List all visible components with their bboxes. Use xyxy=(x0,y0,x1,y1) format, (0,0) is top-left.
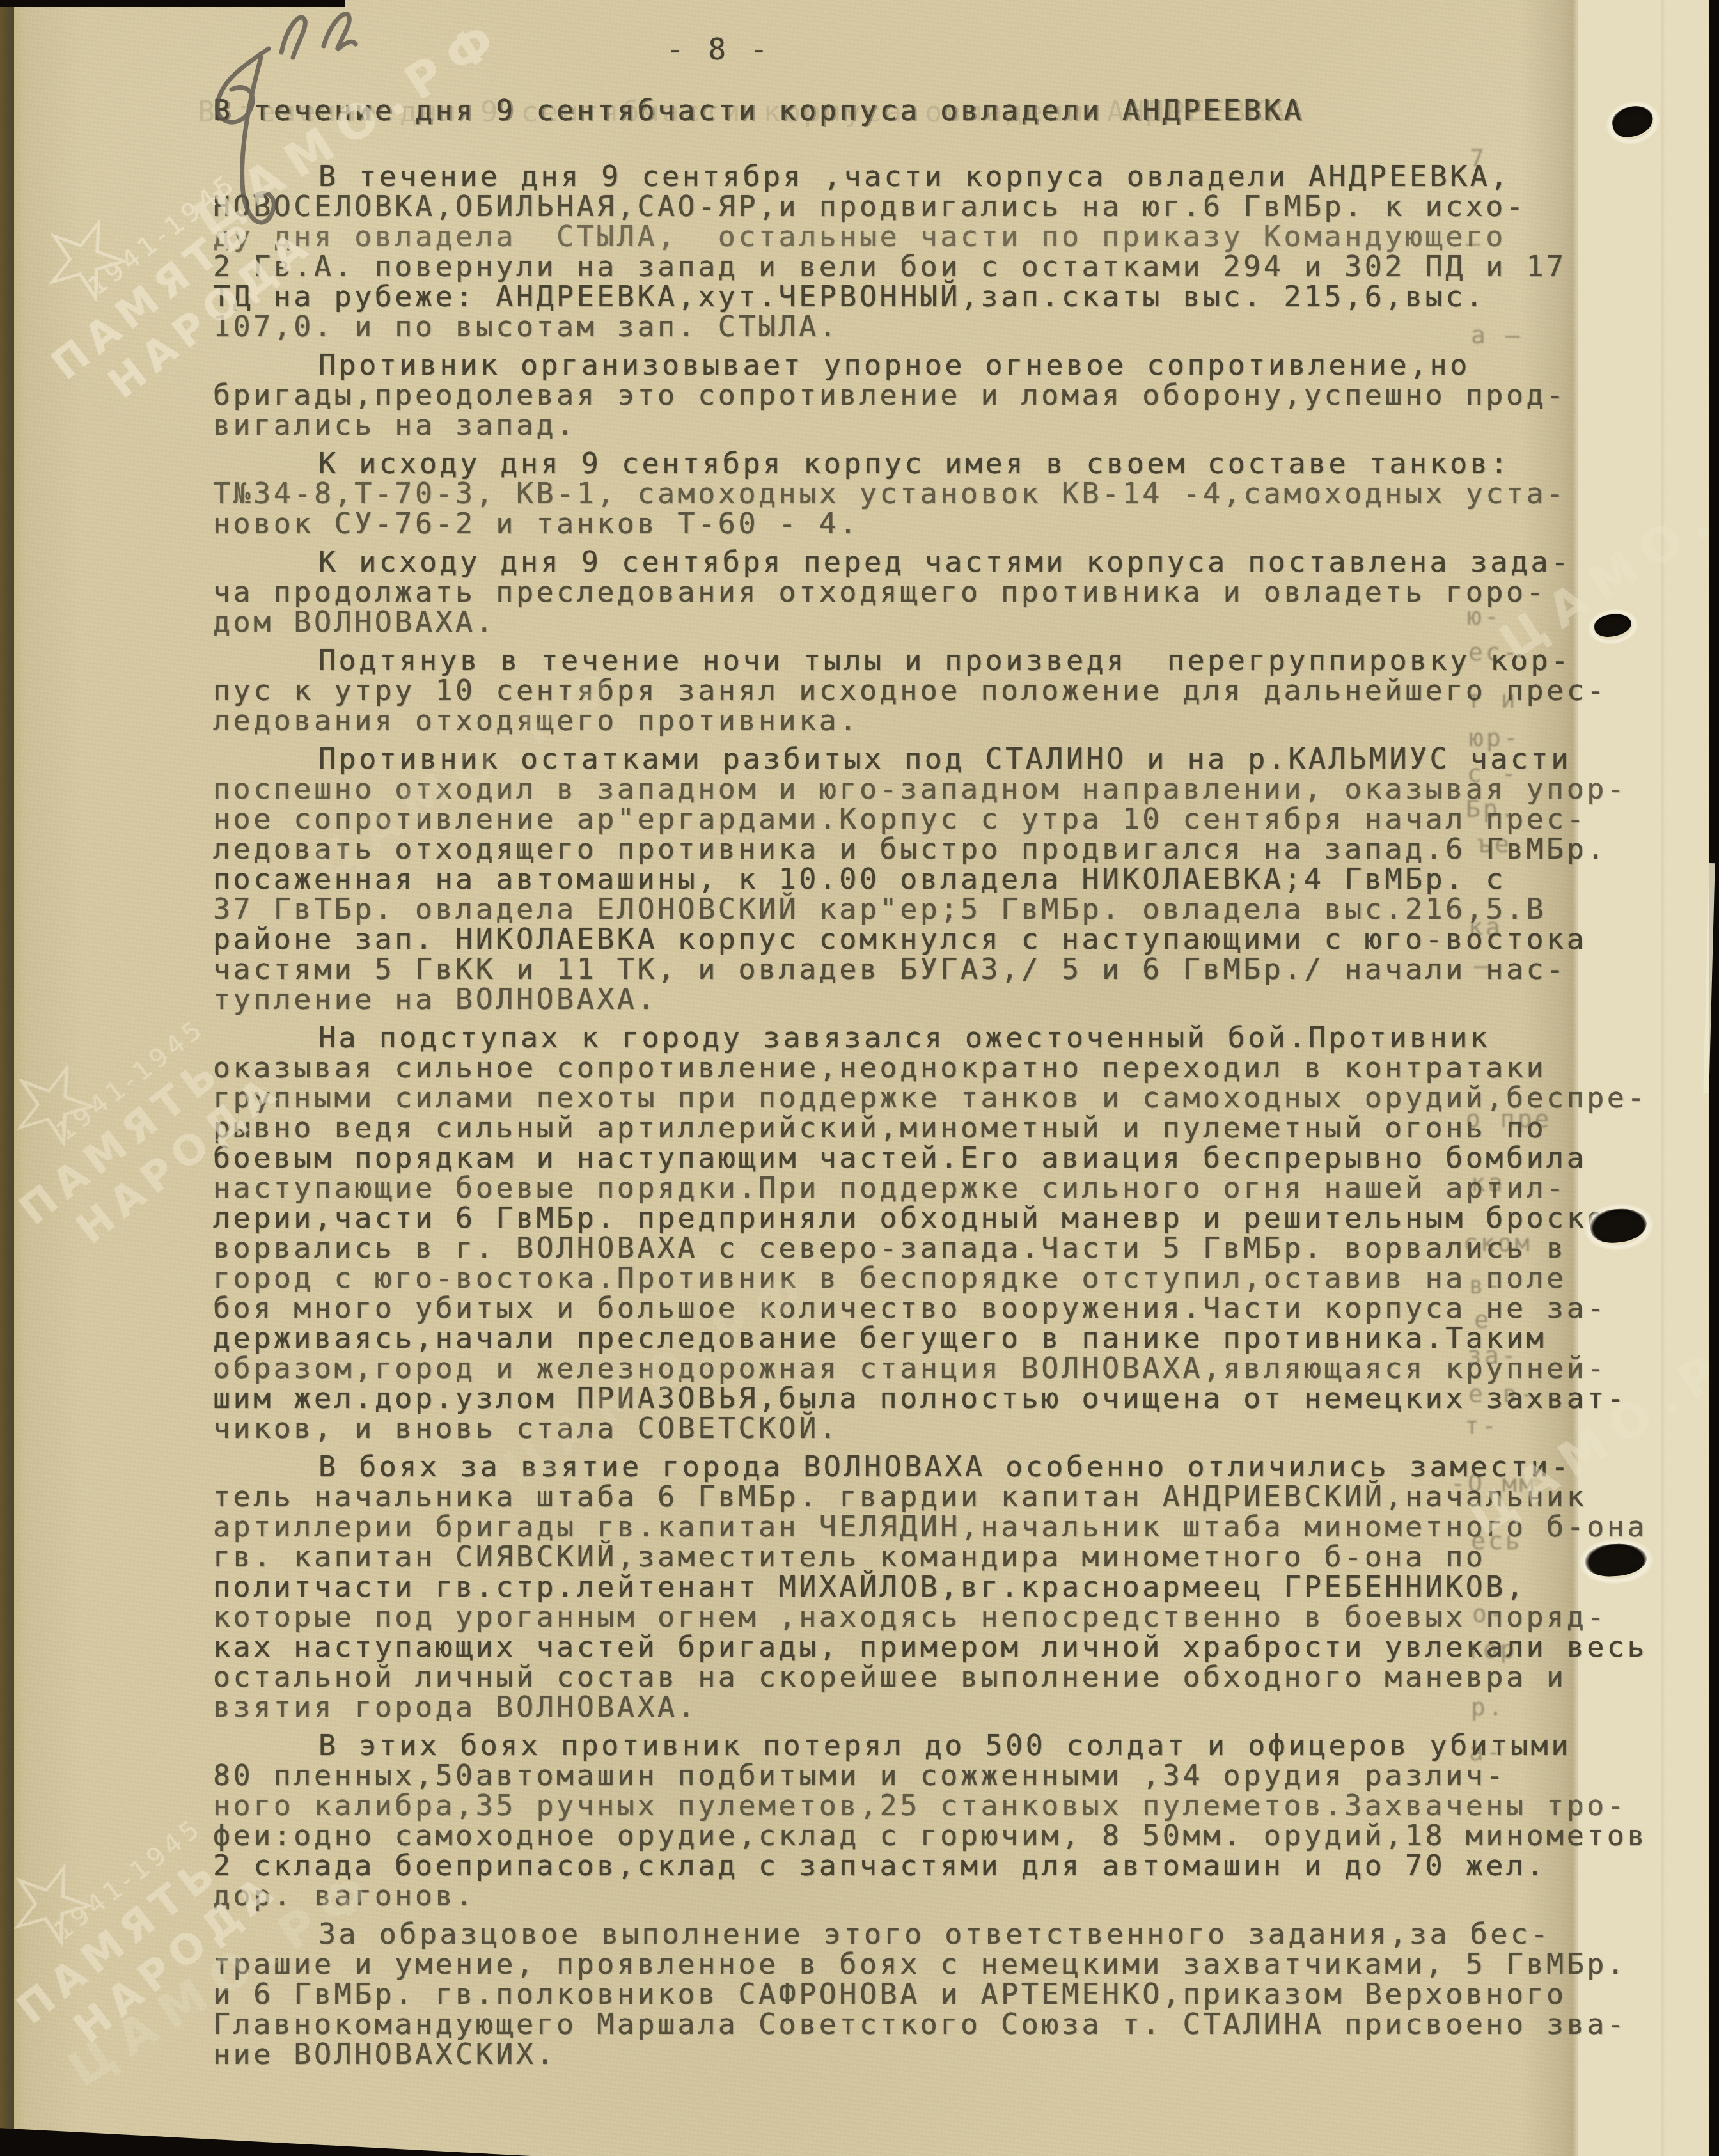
text-line: 107,0. и по высотам зап. СТЫЛА. xyxy=(213,311,1575,341)
text-line: Противник организовывает упорное огневое… xyxy=(213,350,1575,380)
text-line: гв. капитан СИЯВСКИЙ,заместитель команди… xyxy=(213,1542,1575,1572)
text-line: оказывая сильное сопротивление,неоднокра… xyxy=(213,1052,1575,1082)
scan-edge-right xyxy=(1709,0,1719,2156)
text-line: феи:одно самоходное орудие,склад с горюч… xyxy=(213,1820,1575,1850)
text-line: 37 ГвТБр. овладела ЕЛОНОВСКИЙ кар"ер;5 Г… xyxy=(213,894,1575,924)
handwritten-mark xyxy=(184,5,478,274)
text-line: К исходу дня 9 сентября перед частями ко… xyxy=(213,547,1575,577)
text-line: групными силами пехоты при поддержке тан… xyxy=(213,1082,1575,1113)
text-line: поспешно отходил в западном и юго-западн… xyxy=(213,774,1575,804)
punch-hole xyxy=(1585,1543,1647,1578)
text-line: образом,город и железнодорожная станция … xyxy=(213,1353,1575,1383)
text-line: В боях за взятие города ВОЛНОВАХА особен… xyxy=(213,1451,1575,1481)
text-line: политчасти гв.стр.лейтенант МИХАЙЛОВ,вг.… xyxy=(213,1572,1575,1602)
punch-hole xyxy=(1593,612,1633,639)
text-line: артиллерии бригады гв.капитан ЧЕЛЯДИН,на… xyxy=(213,1512,1575,1542)
text-line: Подтянув в течение ночи тылы и произведя… xyxy=(213,645,1575,675)
paragraph: Противник организовывает упорное огневое… xyxy=(213,350,1575,440)
paragraph: За образцовое выполнение этого ответстве… xyxy=(213,1919,1575,2069)
text-line: ное сопротивление ар"ергардами.Корпус с … xyxy=(213,804,1575,834)
text-line: дом ВОЛНОВАХА. xyxy=(213,607,1575,637)
text-line: держиваясь,начали преследование бегущего… xyxy=(213,1323,1575,1353)
text-block: В течение дня 9 сентября ,части корпуса … xyxy=(213,161,1575,2069)
paragraph: В этих боях противник потерял до 500 сол… xyxy=(213,1730,1575,1910)
text-line: взятия города ВОЛНОВАХА. xyxy=(213,1692,1575,1722)
scanned-document-page: 7—а ‒ю-ес-т июр-с -Бр.ъека—о прекаскомв-… xyxy=(0,0,1719,2156)
text-line: новок СУ-76-2 и танков Т-60 - 4. xyxy=(213,508,1575,538)
paragraph: Подтянув в течение ночи тылы и произведя… xyxy=(213,645,1575,735)
text-line: Противник остатками разбитых под СТАЛИНО… xyxy=(213,744,1575,774)
punch-hole xyxy=(1609,102,1656,141)
text-line: посаженная на автомашины, к 10.00 овладе… xyxy=(213,864,1575,894)
text-line: которые под уроганным огнем ,находясь не… xyxy=(213,1602,1575,1632)
paragraph: К исходу дня 9 сентября корпус имея в св… xyxy=(213,448,1575,538)
paragraph: На подступах к городу завязался ожесточе… xyxy=(213,1022,1575,1443)
text-line: шим жел.дор.узлом ПРИАЗОВЬЯ,была полност… xyxy=(213,1383,1575,1413)
text-line: чиков, и вновь стала СОВЕТСКОЙ. xyxy=(213,1413,1575,1443)
text-line: ча продолжать преследования отходящего п… xyxy=(213,577,1575,607)
text-line: бригады,преодолевая это сопротивление и … xyxy=(213,380,1575,410)
text-line: тупление на ВОЛНОВАХА. xyxy=(213,984,1575,1014)
text-line: Главнокомандующего Маршала Советсткого С… xyxy=(213,2009,1575,2039)
text-line: частями 5 ГвКК и 11 ТК, и овладев БУГАЗ,… xyxy=(213,954,1575,984)
text-line: рывно ведя сильный артиллерийский,миноме… xyxy=(213,1113,1575,1143)
paragraph: К исходу дня 9 сентября перед частями ко… xyxy=(213,547,1575,637)
paragraph: В боях за взятие города ВОЛНОВАХА особен… xyxy=(213,1451,1575,1722)
text-line: ворвались в г. ВОЛНОВАХА с северо-запада… xyxy=(213,1233,1575,1263)
scan-edge-top xyxy=(0,0,345,7)
text-line: и 6 ГвМБр. гв.полковников САФРОНОВА и АР… xyxy=(213,1979,1575,2009)
page-number: - 8 - xyxy=(666,32,771,66)
text-line: ледования отходящего противника. xyxy=(213,705,1575,735)
text-line: К исходу дня 9 сентября корпус имея в св… xyxy=(213,448,1575,478)
text-line: ТД на рубеже: АНДРЕЕВКА,хут.ЧЕРВОННЫЙ,за… xyxy=(213,281,1575,311)
text-line: остальной личный состав на скорейшее вып… xyxy=(213,1662,1575,1692)
text-line: В этих боях противник потерял до 500 сол… xyxy=(213,1730,1575,1760)
paragraph: Противник остатками разбитых под СТАЛИНО… xyxy=(213,744,1575,1014)
text-line: районе зап. НИКОЛАЕВКА корпус сомкнулся … xyxy=(213,924,1575,954)
text-line: На подступах к городу завязался ожесточе… xyxy=(213,1022,1575,1052)
text-line: ние ВОЛНОВАХСКИХ. xyxy=(213,2039,1575,2069)
punch-hole xyxy=(1589,1207,1648,1244)
text-line: боевым порядкам и наступающим частей.Его… xyxy=(213,1143,1575,1173)
text-line: ках наступающих частей бригады, примером… xyxy=(213,1632,1575,1662)
text-line: ледовать отходящего противника и быстро … xyxy=(213,834,1575,864)
text-line: боя много убитых и большое количество во… xyxy=(213,1293,1575,1323)
text-line: наступающие боевые порядки.При поддержке… xyxy=(213,1173,1575,1203)
text-line: ного калибра,35 ручных пулеметов,25 стан… xyxy=(213,1790,1575,1820)
text-line: 2 склада боеприпасов,склад с запчастями … xyxy=(213,1850,1575,1880)
text-line: вигались на запад. xyxy=(213,410,1575,440)
text-line: За образцовое выполнение этого ответстве… xyxy=(213,1919,1575,1949)
text-line: город с юго-востока.Противник в беспоряд… xyxy=(213,1263,1575,1293)
text-line: Т№34-8,Т-70-3, КВ-1, самоходных установо… xyxy=(213,478,1575,508)
text-line: пус к утру 10 сентября занял исходное по… xyxy=(213,675,1575,705)
text-line: 80 пленных,50автомашин подбитыми и сожже… xyxy=(213,1760,1575,1790)
text-line: тель начальника штаба 6 ГвМБр. гвардии к… xyxy=(213,1481,1575,1512)
text-line: лерии,части 6 ГвМБр. предприняли обходны… xyxy=(213,1203,1575,1233)
text-line: дор. вагонов. xyxy=(213,1880,1575,1910)
text-line: трашие и умение, проявленное в боях с не… xyxy=(213,1949,1575,1979)
